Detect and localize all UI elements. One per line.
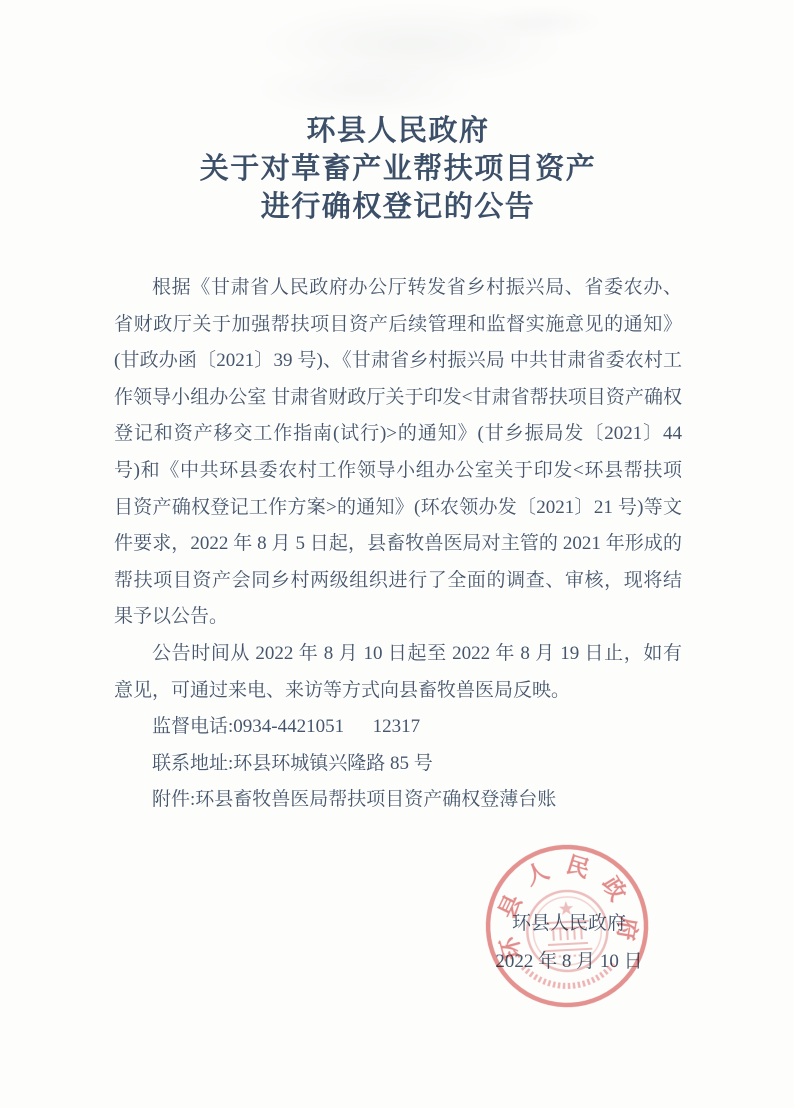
signature-date: 2022 年 8 月 10 日 [474,943,664,981]
title-line-1: 环县人民政府 [114,112,682,150]
document-page: 环县人民政府 关于对草畜产业帮扶项目资产 进行确权登记的公告 根据《甘肃省人民政… [0,0,794,1108]
title-line-3: 进行确权登记的公告 [114,188,682,226]
contact-phone-line: 监督电话:0934-4421051 12317 [114,709,682,746]
attachment-line: 附件:环县畜牧兽医局帮扶项目资产确权登薄台账 [114,782,682,819]
contact-address-line: 联系地址:环县环城镇兴隆路 85 号 [114,746,682,783]
paragraph-basis: 根据《甘肃省人民政府办公厅转发省乡村振兴局、省委农办、省财政厅关于加强帮扶项目资… [114,270,682,636]
paragraph-notice-period: 公告时间从 2022 年 8 月 10 日起至 2022 年 8 月 19 日止… [114,636,682,709]
title-line-2: 关于对草畜产业帮扶项目资产 [114,150,682,188]
notice-document: 环县人民政府 关于对草畜产业帮扶项目资产 进行确权登记的公告 根据《甘肃省人民政… [114,112,682,981]
signature-block: 环县人民政府 2022 年 8 月 10 日 [474,905,664,981]
notice-body: 根据《甘肃省人民政府办公厅转发省乡村振兴局、省委农办、省财政厅关于加强帮扶项目资… [114,270,682,819]
notice-title: 环县人民政府 关于对草畜产业帮扶项目资产 进行确权登记的公告 [114,112,682,226]
signature-issuer: 环县人民政府 [474,905,664,943]
